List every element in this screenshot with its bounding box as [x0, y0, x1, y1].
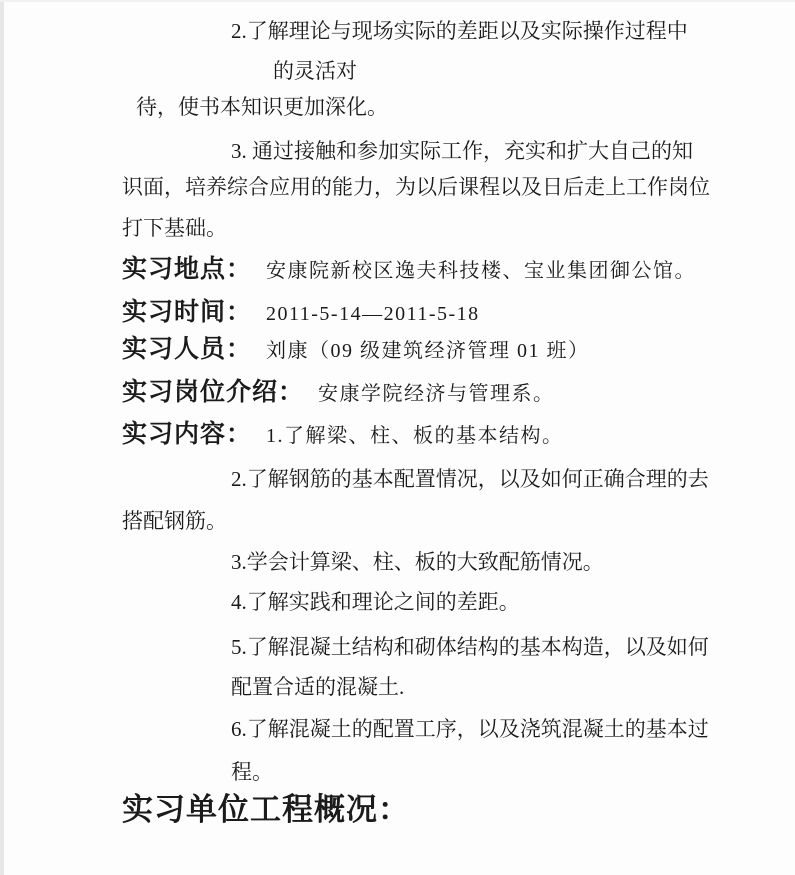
field-value-post-intro: 安康学院经济与管理系。 — [318, 383, 555, 405]
field-practice-personnel: 实习人员：刘康（09 级建筑经济管理 01 班） — [122, 333, 590, 368]
text-line-content-item-5-cont: 配置合适的混凝土. — [231, 673, 404, 701]
text-line-objective-2: 2.了解理论与现场实际的差距以及实际操作过程中 — [231, 17, 688, 45]
text-line-content-item-4: 4.了解实践和理论之间的差距。 — [231, 588, 520, 616]
field-value-time: 2011-5-14—2011-5-18 — [266, 303, 480, 325]
field-label-time: 实习时间： — [122, 299, 252, 326]
page-top-edge — [0, 0, 795, 2]
field-label-post-intro: 实习岗位介绍： — [122, 379, 304, 406]
text-line-content-item-5: 5.了解混凝土结构和砌体结构的基本构造，以及如何 — [231, 633, 709, 661]
text-line-objective-2-cont: 的灵活对 — [273, 57, 357, 85]
text-line-objective-3-cont: 识面，培养综合应用的能力，为以后课程以及日后走上工作岗位 — [122, 173, 710, 201]
text-line-content-item-2-cont: 搭配钢筋。 — [122, 507, 227, 535]
field-practice-post-intro: 实习岗位介绍：安康学院经济与管理系。 — [122, 376, 555, 411]
document-page: 2.了解理论与现场实际的差距以及实际操作过程中 的灵活对 待，使书本知识更加深化… — [0, 0, 795, 875]
text-line-content-item-6-cont: 程。 — [231, 758, 273, 786]
text-line-content-item-3: 3.学会计算梁、柱、板的大致配筋情况。 — [231, 548, 604, 576]
field-label-content: 实习内容： — [122, 421, 252, 448]
field-label-location: 实习地点： — [122, 256, 252, 283]
field-value-personnel: 刘康（09 级建筑经济管理 01 班） — [266, 340, 590, 362]
text-line-content-item-6: 6.了解混凝土的配置工序，以及浇筑混凝土的基本过 — [231, 715, 709, 743]
field-practice-time: 实习时间：2011-5-14—2011-5-18 — [122, 296, 480, 331]
field-label-personnel: 实习人员： — [122, 336, 252, 363]
text-line-objective-3-cont2: 打下基础。 — [122, 214, 227, 242]
page-left-edge — [0, 0, 4, 875]
field-practice-location: 实习地点：安康院新校区逸夫科技楼、宝业集团御公馆。 — [122, 253, 696, 288]
text-line-objective-3: 3. 通过接触和参加实际工作，充实和扩大自己的知 — [231, 137, 693, 165]
field-practice-content: 实习内容：1.了解梁、柱、板的基本结构。 — [122, 418, 564, 453]
text-line-objective-2-cont2: 待，使书本知识更加深化。 — [136, 93, 388, 121]
field-value-location: 安康院新校区逸夫科技楼、宝业集团御公馆。 — [266, 260, 696, 282]
field-value-content-item-1: 1.了解梁、柱、板的基本结构。 — [266, 425, 564, 447]
section-heading-unit-project-overview: 实习单位工程概况： — [122, 790, 410, 830]
text-line-content-item-2: 2.了解钢筋的基本配置情况，以及如何正确合理的去 — [231, 465, 709, 493]
